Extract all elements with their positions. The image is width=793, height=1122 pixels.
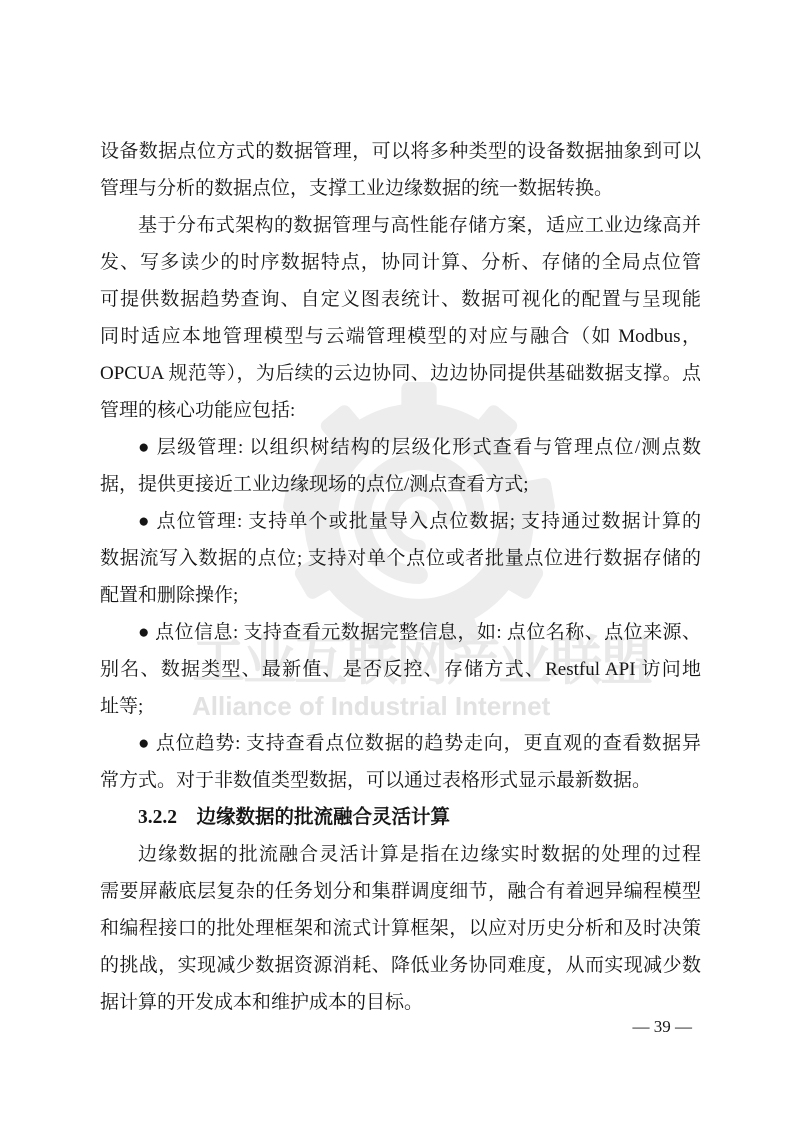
bullet-line: ● 点位趋势: 支持查看点位数据的趋势走向，更直观的查看数据异 [100,725,701,762]
text-line: 管理的核心功能应包括: [100,392,701,429]
section-heading: 3.2.2 边缘数据的批流融合灵活计算 [100,799,701,836]
text-line: 管理与分析的数据点位，支撑工业边缘数据的统一数据转换。 [100,170,701,207]
text-line: 数据流写入数据的点位; 支持对单个点位或者批量点位进行数据存储的 [100,540,701,577]
text-line: OPCUA 规范等），为后续的云边协同、边边协同提供基础数据支撑。点位 [100,355,701,392]
text-line: 配置和删除操作; [100,577,701,614]
bullet-line: ● 点位信息: 支持查看元数据完整信息，如: 点位名称、点位来源、 [100,614,701,651]
text-line: 址等; [100,688,701,725]
text-line: 同时适应本地管理模型与云端管理模型的对应与融合（如 Modbus， [100,318,701,355]
bullet-line: ● 层级管理: 以组织树结构的层级化形式查看与管理点位/测点数 [100,429,701,466]
text-line: 需要屏蔽底层复杂的任务划分和集群调度细节，融合有着迥异编程模型 [100,873,701,910]
text-line: 的挑战，实现减少数据资源消耗、降低业务协同难度，从而实现减少数 [100,947,701,984]
document-page: 工业互联网产业联盟 Alliance of Industrial Interne… [0,0,793,1122]
text-line: 设备数据点位方式的数据管理，可以将多种类型的设备数据抽象到可以 [100,133,701,170]
text-line: 边缘数据的批流融合灵活计算是指在边缘实时数据的处理的过程中， [100,836,701,873]
document-body: 设备数据点位方式的数据管理，可以将多种类型的设备数据抽象到可以 管理与分析的数据… [100,133,701,1021]
page-number: — 39 — [0,1013,692,1041]
text-line: 发、写多读少的时序数据特点，协同计算、分析、存储的全局点位管理， [100,244,701,281]
text-line: 别名、数据类型、最新值、是否反控、存储方式、Restful API 访问地 [100,651,701,688]
text-line: 和编程接口的批处理框架和流式计算框架，以应对历史分析和及时决策 [100,910,701,947]
text-line: 据，提供更接近工业边缘现场的点位/测点查看方式; [100,466,701,503]
text-line: 基于分布式架构的数据管理与高性能存储方案，适应工业边缘高并 [100,207,701,244]
text-line: 可提供数据趋势查询、自定义图表统计、数据可视化的配置与呈现能力。 [100,281,701,318]
bullet-line: ● 点位管理: 支持单个或批量导入点位数据; 支持通过数据计算的 [100,503,701,540]
text-line: 常方式。对于非数值类型数据，可以通过表格形式显示最新数据。 [100,762,701,799]
